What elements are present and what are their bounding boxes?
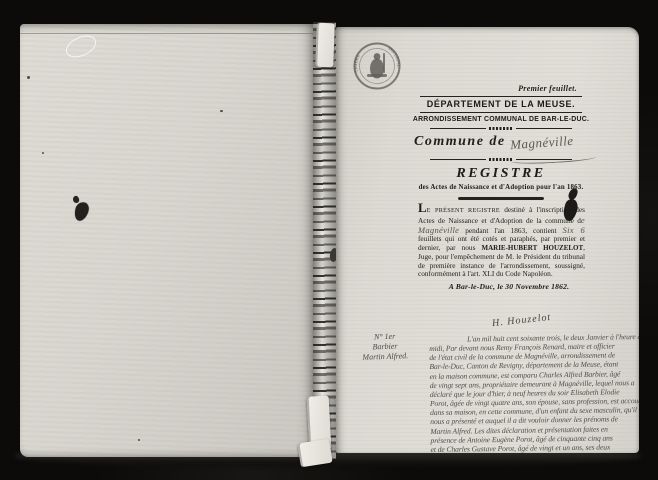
ornament-dots bbox=[489, 127, 513, 130]
ornament-bar bbox=[516, 128, 572, 129]
act-line: et de Charles Gustave Porot, âgé de ving… bbox=[431, 442, 639, 453]
commune-handwritten: Magnéville bbox=[509, 133, 573, 153]
handwritten-sheet-count: Six 6 bbox=[563, 225, 585, 235]
ornament-bar bbox=[430, 128, 486, 129]
act-text: L'an mil huit cent soixante trois, le de… bbox=[429, 332, 639, 453]
arrondissement-title: ARRONDISSEMENT COMMUNAL DE BAR-LE-DUC. bbox=[410, 116, 592, 123]
page-fold-line bbox=[20, 33, 313, 34]
paper-bit bbox=[297, 439, 332, 468]
page-note: Premier feuillet. bbox=[518, 84, 577, 93]
paper-speck bbox=[138, 439, 140, 441]
right-page: TIMBRE IMPERIAL Premier feuillet. DÉPART… bbox=[336, 27, 639, 453]
ornament-divider bbox=[430, 158, 572, 161]
commune-label: Commune de bbox=[414, 134, 506, 149]
paper-speck bbox=[42, 152, 44, 154]
margin-note: N° 1er Barbier Martin Alfred. bbox=[342, 331, 429, 364]
title-rule bbox=[458, 197, 544, 200]
dateline: A Bar-le-Duc, le 30 Novembre 1862. bbox=[428, 282, 590, 291]
commune-line: Commune de Magnéville bbox=[414, 132, 604, 158]
book-gutter bbox=[313, 22, 336, 459]
register-title: REGISTRE bbox=[410, 166, 592, 182]
declaration-lead: E PRÉSENT REGISTRE bbox=[427, 207, 500, 214]
ink-blot-left-page bbox=[72, 200, 90, 222]
declaration-paragraph: LE PRÉSENT REGISTRE destiné à l'inscript… bbox=[418, 204, 585, 279]
timbre-imperial-seal-icon: TIMBRE IMPERIAL bbox=[352, 40, 402, 92]
page-scratch-mark bbox=[63, 31, 100, 61]
register-subtitle: des Actes de Naissance et d'Adoption pou… bbox=[404, 184, 598, 191]
left-page bbox=[20, 24, 313, 457]
paper-speck bbox=[220, 110, 223, 112]
header-rule bbox=[420, 112, 582, 113]
department-title: DÉPARTEMENT DE LA MEUSE. bbox=[410, 99, 592, 109]
paper-speck bbox=[27, 76, 30, 79]
drop-cap: L bbox=[418, 200, 427, 215]
paper-bit bbox=[315, 23, 335, 68]
ornament-bar bbox=[430, 159, 486, 160]
ornament-bar bbox=[516, 159, 572, 160]
margin-note-firstnames: Martin Alfred. bbox=[342, 350, 428, 363]
ornament-divider bbox=[430, 127, 572, 130]
registry-scan: TIMBRE IMPERIAL Premier feuillet. DÉPART… bbox=[0, 0, 658, 480]
declaration-text: pendant l'an 1863, contient bbox=[459, 226, 562, 235]
ornament-dots bbox=[489, 158, 513, 161]
header-rule bbox=[420, 96, 582, 97]
signature-handwritten: H. Houzelot bbox=[492, 312, 552, 329]
